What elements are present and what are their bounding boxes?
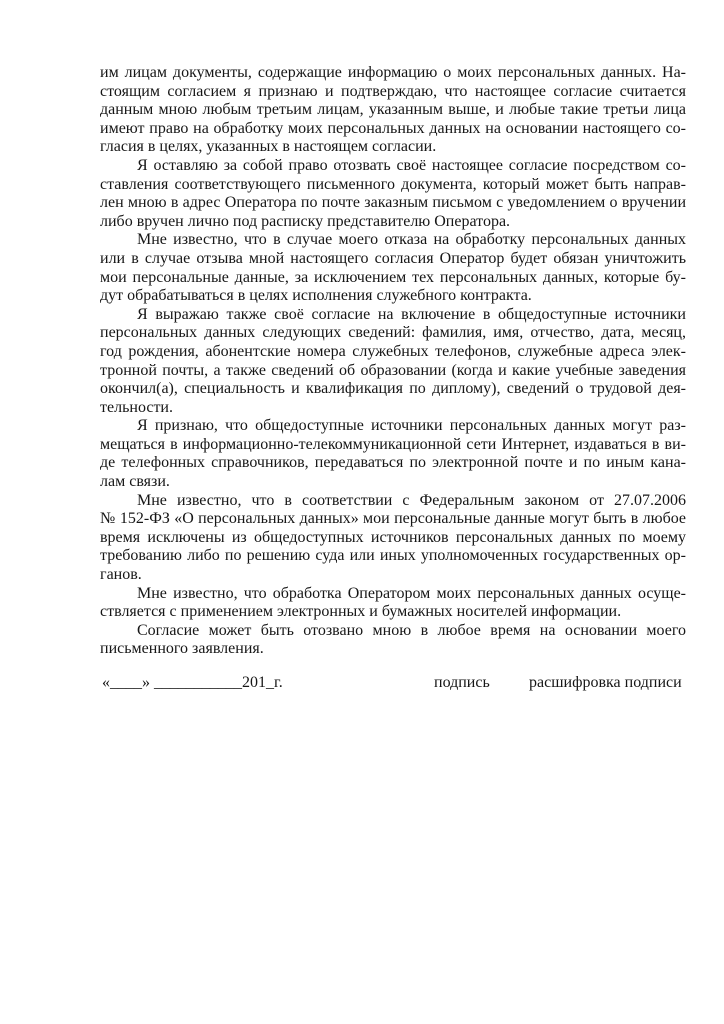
document-body: им лицам документы, содержащие информаци… — [100, 64, 686, 659]
paragraph-line: мещаться в информационно-телекоммуникаци… — [100, 436, 686, 455]
paragraph-line: данным мною любым третьим лицам, указанн… — [100, 101, 686, 120]
paragraph-line: ставления соответствующего письменного д… — [100, 176, 686, 195]
paragraph-line: письменного заявления. — [100, 640, 686, 659]
paragraph-line: стоящим согласием я признаю и подтвержда… — [100, 83, 686, 102]
paragraph-line: тельности. — [100, 399, 686, 418]
paragraph-line: Мне известно, что в случае моего отказа … — [100, 231, 686, 250]
paragraph-line: окончил(а), специальность и квалификация… — [100, 380, 686, 399]
paragraph: Мне известно, что в случае моего отказа … — [100, 231, 686, 305]
paragraph-line: им лицам документы, содержащие информаци… — [100, 64, 686, 83]
paragraph-line: требованию либо по решению суда или иных… — [100, 547, 686, 566]
paragraph-line: лен мною в адрес Оператора по почте зака… — [100, 194, 686, 213]
paragraph-line: год рождения, абонентские номера служебн… — [100, 343, 686, 362]
paragraph-line: Мне известно, что в соответствии с Федер… — [100, 492, 686, 511]
paragraph-line: дут обрабатываться в целях исполнения сл… — [100, 287, 686, 306]
paragraph-line: персональных данных следующих сведений: … — [100, 324, 686, 343]
signature-date-blank: «____» ___________201_г. — [102, 674, 283, 692]
paragraph-line: лам связи. — [100, 473, 686, 492]
signature-transcript-label: расшифровка подписи — [529, 674, 682, 692]
paragraph-line: тронной почты, а также сведений об образ… — [100, 362, 686, 381]
paragraph-line: ствляется с применением электронных и бу… — [100, 603, 686, 622]
paragraph: Я выражаю также своё согласие на включен… — [100, 306, 686, 418]
paragraph-line: либо вручен лично под расписку представи… — [100, 213, 686, 232]
paragraph-line: Я оставляю за собой право отозвать своё … — [100, 157, 686, 176]
paragraph-line: Я выражаю также своё согласие на включен… — [100, 306, 686, 325]
signature-row: «____» ___________201_г. подпись расшифр… — [0, 674, 724, 696]
paragraph-line: Я признаю, что общедоступные источники п… — [100, 417, 686, 436]
paragraph: Мне известно, что обработка Оператором м… — [100, 585, 686, 659]
paragraph-line: мои персональные данные, за исключением … — [100, 269, 686, 288]
paragraph: Я признаю, что общедоступные источники п… — [100, 417, 686, 491]
paragraph-line: или в случае отзыва мной настоящего согл… — [100, 250, 686, 269]
paragraph: Я оставляю за собой право отозвать своё … — [100, 157, 686, 231]
paragraph-line: ганов. — [100, 566, 686, 585]
paragraph-line: № 152-ФЗ «О персональных данных» мои пер… — [100, 510, 686, 529]
signature-label: подпись — [434, 674, 490, 692]
paragraph: им лицам документы, содержащие информаци… — [100, 64, 686, 157]
paragraph-line: гласия в целях, указанных в настоящем со… — [100, 138, 686, 157]
document-page: им лицам документы, содержащие информаци… — [0, 0, 724, 1024]
paragraph-line: время исключены из общедоступных источни… — [100, 529, 686, 548]
paragraph: Мне известно, что в соответствии с Федер… — [100, 492, 686, 585]
paragraph-line: Мне известно, что обработка Оператором м… — [100, 585, 686, 604]
paragraph-line: имеют право на обработку моих персональн… — [100, 120, 686, 139]
paragraph-line: Согласие может быть отозвано мною в любо… — [100, 622, 686, 641]
paragraph-line: де телефонных справочников, передаваться… — [100, 454, 686, 473]
